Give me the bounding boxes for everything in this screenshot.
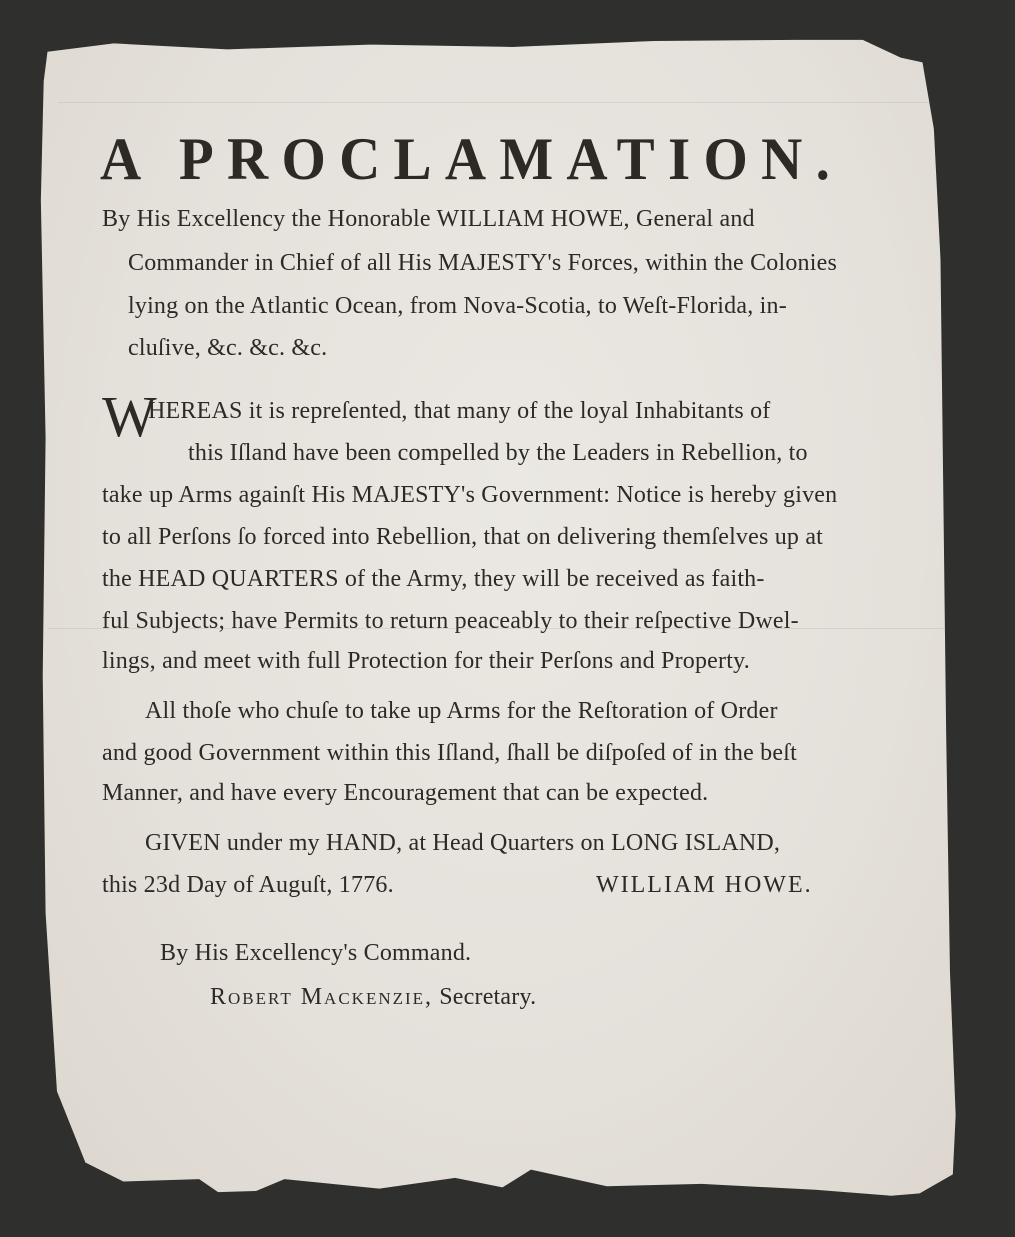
whereas-line-3: take up Arms againſt His MAJESTY's Gover… <box>102 482 837 509</box>
given-line: GIVEN under my HAND, at Head Quarters on… <box>145 830 780 857</box>
preamble-line-4: cluſive, &c. &c. &c. <box>128 335 327 362</box>
paragraph2-line-2: and good Government within this Iſland, … <box>102 740 797 767</box>
whereas-line-7: lings, and meet with full Protection for… <box>102 648 750 675</box>
paragraph2-line-3: Manner, and have every Encouragement tha… <box>102 780 708 807</box>
date-line: this 23d Day of Auguſt, 1776. <box>102 872 394 899</box>
fold-line <box>58 102 958 103</box>
paragraph2-line-1: All thoſe who chuſe to take up Arms for … <box>145 698 778 725</box>
whereas-line-1: HEREAS it is repreſented, that many of t… <box>148 398 770 425</box>
whereas-line-6: ful Subjects; have Permits to return pea… <box>102 608 799 635</box>
secretary-line: Robert Mackenzie, Secretary. <box>210 984 536 1011</box>
command-line: By His Excellency's Command. <box>160 940 471 967</box>
whereas-line-2: this Iſland have been compelled by the L… <box>188 440 808 467</box>
preamble-line-1: By His Excellency the Honorable WILLIAM … <box>102 206 755 233</box>
preamble-line-3: lying on the Atlantic Ocean, from Nova-S… <box>128 293 787 320</box>
secretary-title: Secretary. <box>439 984 536 1010</box>
proclamation-title: A PROCLAMATION. <box>100 125 843 194</box>
secretary-name: Robert Mackenzie, <box>210 984 433 1010</box>
whereas-line-5: the HEAD QUARTERS of the Army, they will… <box>102 566 765 593</box>
preamble-line-2: Commander in Chief of all His MAJESTY's … <box>128 250 837 277</box>
whereas-line-4: to all Perſons ſo forced into Rebellion,… <box>102 524 823 551</box>
signature: WILLIAM HOWE. <box>596 872 813 899</box>
